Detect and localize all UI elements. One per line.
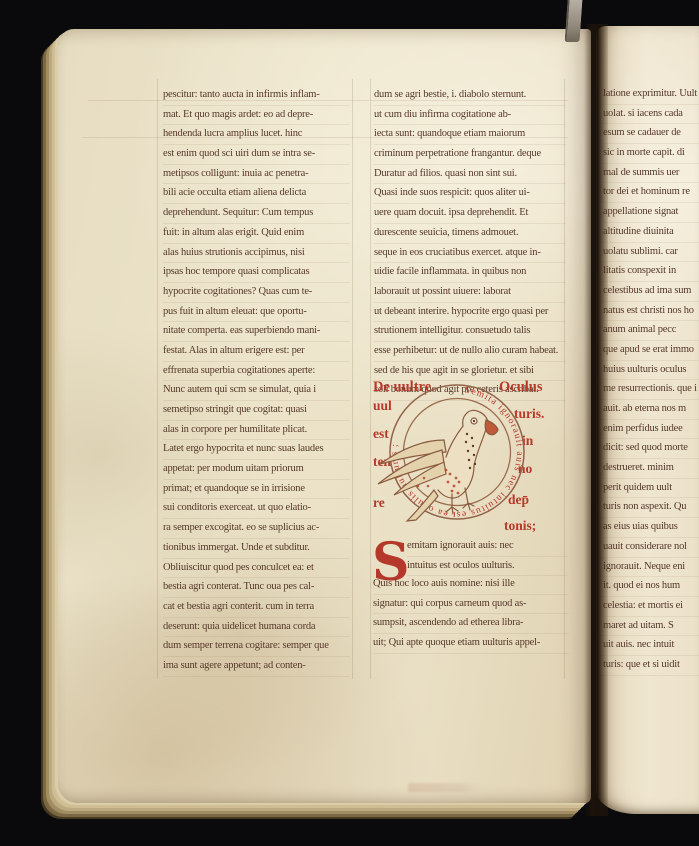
text-line: Latet ergo hypocrita et nunc suas laudes <box>163 440 350 460</box>
text-column-right: dum se agri bestie, i. diabolo sternunt.… <box>374 86 566 401</box>
text-line: ut cum diu infirma cogitatione ab- <box>374 106 566 126</box>
text-line: hypocrite cogitationes? Quas cum te- <box>163 283 350 303</box>
text-line: bili acie occulta etiam aliena delicta <box>163 184 350 204</box>
text-line: litatis conspexit in <box>603 262 699 282</box>
text-line: fuit: in altum alas erigit. Quid enim <box>163 224 350 244</box>
gutter-shadow <box>584 24 608 816</box>
text-line: auit. ab eterna nos m <box>603 400 699 420</box>
text-line: uit; Qui apte quoque etiam uulturis appe… <box>373 634 569 654</box>
text-line: turis non aspexit. Qu <box>603 498 699 518</box>
text-line: Quasi inde suos respicit: quos aliter ui… <box>374 184 566 204</box>
text-line: effrenata superbia cogitationes aperte: <box>163 362 350 382</box>
text-line: Quis hoc loco auis nomine: nisi ille <box>373 575 569 595</box>
text-line: sumpsit, ascendendo ad etherea libra- <box>373 614 569 634</box>
text-line: durescente seuicia, timens admouet. <box>374 224 566 244</box>
left-page: pescitur: tanto aucta in infirmis inflam… <box>58 29 591 803</box>
text-line: Nunc autem qui scm se simulat, quia i <box>163 381 350 401</box>
text-line: intuitus est oculos uulturis. <box>407 557 567 577</box>
faint-marginal-inscription <box>408 783 482 792</box>
text-line: uolatu sublimi. car <box>603 243 699 263</box>
text-line: criminum perpetratione frangantur. deque <box>374 145 566 165</box>
text-line: festat. Alas in altum erigere est: per <box>163 342 350 362</box>
vulture-beak <box>485 420 498 435</box>
vulture-eye-pupil <box>473 420 475 422</box>
text-line: uere quam docuit. ipsa deprehendit. Et <box>374 204 566 224</box>
text-line: natus est christi nos ho <box>603 302 699 322</box>
ruling-line-vertical <box>157 79 158 679</box>
text-line: enim perfidus iudee <box>603 420 699 440</box>
text-line: uolat. si iacens cada <box>603 105 699 125</box>
text-line: uauit considerare nol <box>603 538 699 558</box>
text-line: alas huius strutionis accipimus, nisi <box>163 244 350 264</box>
text-line: mal de summis uer <box>603 164 699 184</box>
text-line: sui conditoris exerceat. ut quo elatio- <box>163 499 350 519</box>
ruling-line-vertical <box>352 79 353 679</box>
text-line: que apud se erat immo <box>603 341 699 361</box>
text-line: deserunt: quia uidelicet humana corda <box>163 618 350 638</box>
text-line: turis: que et si uidit <box>603 656 699 676</box>
text-line: as eius uias quibus <box>603 518 699 538</box>
manuscript-photo: pescitur: tanto aucta in infirmis inflam… <box>0 0 699 846</box>
text-line: pus fuit in altum eleuat: que oportu- <box>163 303 350 323</box>
text-line: celestia: et mortis ei <box>603 597 699 617</box>
text-line: celestibus ad ima sum <box>603 282 699 302</box>
text-line: dicit: sed quod morte <box>603 439 699 459</box>
text-line: bestia agri conterat. Tunc oua pes cal- <box>163 578 350 598</box>
text-line: ipsas hoc tempore quasi complicatas <box>163 263 350 283</box>
text-line: semetipso stringit que cogitat: quasi <box>163 401 350 421</box>
text-line: deprehendunt. Sequitur: Cum tempus <box>163 204 350 224</box>
text-line: maret ad uitam. S <box>603 617 699 637</box>
text-line: ignorauit. Neque eni <box>603 558 699 578</box>
text-line: latione exprimitur. Uult <box>603 85 699 105</box>
vulture-medallion: Semita ignorauit auis nec intuitus est e… <box>362 374 534 546</box>
text-line: ima sunt agere appetunt; ad conten- <box>163 657 350 677</box>
text-line: uidie facile inflammata. in quibus non <box>374 263 566 283</box>
text-line: me resurrectionis. que i <box>603 380 699 400</box>
text-line: est enim quod sci uiri dum se intra se- <box>163 145 350 165</box>
bookmark-tab <box>565 0 583 42</box>
vulture-wing <box>378 440 446 495</box>
text-line: appellatione signat <box>603 203 699 223</box>
text-line: emitam ignorauit auis: nec <box>407 537 567 557</box>
text-line: anum animal pecc <box>603 321 699 341</box>
text-line: pescitur: tanto aucta in infirmis inflam… <box>163 86 350 106</box>
facing-page-text-column: latione exprimitur. Uultuolat. si iacens… <box>603 85 699 676</box>
text-line: uit auis. nec intuit <box>603 636 699 656</box>
text-line: huius uulturis oculus <box>603 361 699 381</box>
text-line: esse perhibetur: ut de nullo alio curam … <box>374 342 566 362</box>
text-line: appetat: per modum uitam priorum <box>163 460 350 480</box>
text-line: ut debeant interire. hypocrite ergo quas… <box>374 303 566 323</box>
text-line: tor dei et hominum re <box>603 183 699 203</box>
text-line: it. quod ei nos hum <box>603 577 699 597</box>
text-line: Duratur ad filios. quasi non sint sui. <box>374 165 566 185</box>
vulture-body <box>438 424 486 498</box>
text-line: iecta sunt: quandoque etiam maiorum <box>374 125 566 145</box>
text-block-after-initial: Quis hoc loco auis nomine: nisi illesign… <box>373 575 569 654</box>
text-column-left: pescitur: tanto aucta in infirmis inflam… <box>163 86 350 677</box>
text-line: laborauit ut possint uiuere: laborat <box>374 283 566 303</box>
facing-page-edge: latione exprimitur. Uultuolat. si iacens… <box>596 26 699 814</box>
text-line: cat et bestia agri conterit. cum in terr… <box>163 598 350 618</box>
text-line: ra semper excogitat. eo se suplicius ac- <box>163 519 350 539</box>
text-line: seque in eos cruciatibus exercet. atque … <box>374 244 566 264</box>
text-line: alas in corpore per humilitate plicat. <box>163 421 350 441</box>
text-line: perit quidem uult <box>603 479 699 499</box>
text-line: dum se agri bestie, i. diabolo sternunt. <box>374 86 566 106</box>
text-line: nitate comperta. eas superbiendo mani- <box>163 322 350 342</box>
text-line: Obliuiscitur quod pes conculcet ea: et <box>163 559 350 579</box>
text-line: primat; et quandoque se in irrisione <box>163 480 350 500</box>
text-line: mat. Et quo magis ardet: eo ad depre- <box>163 106 350 126</box>
text-line: altitudine diuinita <box>603 223 699 243</box>
text-line: hendenda lucra amplius lucet. hinc <box>163 125 350 145</box>
text-line: esum se cadauer de <box>603 124 699 144</box>
text-block-after-initial-indented: emitam ignorauit auis: necintuitus est o… <box>407 537 567 576</box>
text-line: signatur: qui corpus carneum quod as- <box>373 595 569 615</box>
text-line: metipsos colligunt: inuia ac penetra- <box>163 165 350 185</box>
text-line: destrueret. minim <box>603 459 699 479</box>
text-line: dum semper terrena cogitare: semper que <box>163 637 350 657</box>
text-line: tionibus immergat. Unde et subditur. <box>163 539 350 559</box>
text-line: sic in morte capit. di <box>603 144 699 164</box>
text-line: strutionem intelligitur. consuetudo tali… <box>374 322 566 342</box>
